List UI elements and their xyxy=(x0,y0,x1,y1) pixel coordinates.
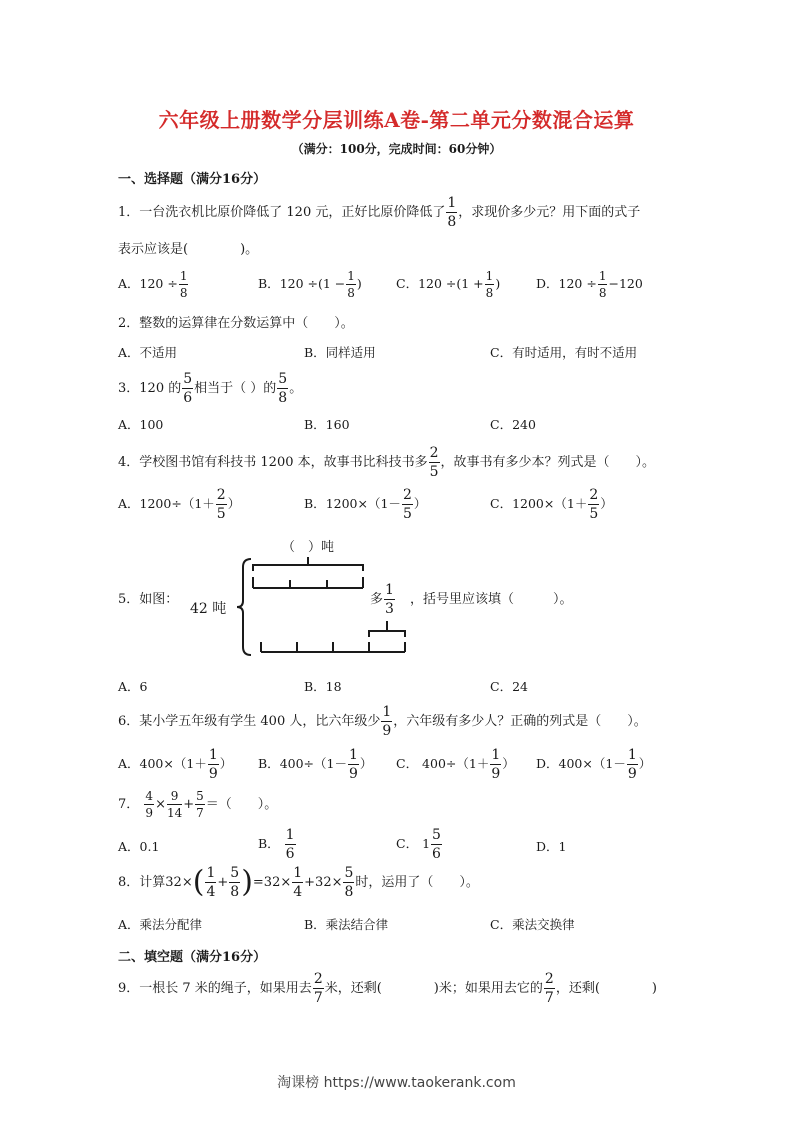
q7-option-a[interactable]: A．0.1 xyxy=(118,837,159,855)
question-3: 3．120 的56相当于（ ）的58。 xyxy=(118,372,302,405)
q6-option-a[interactable]: A．400×（1＋19） xyxy=(118,748,232,781)
diagram-total-label: 42 吨 xyxy=(190,598,226,618)
question-5-text: ，括号里应该填（ ）。 xyxy=(410,588,573,607)
section-heading-fill-in: 二、填空题（满分16分） xyxy=(118,946,266,965)
q1-option-a[interactable]: A．120 ÷18 xyxy=(118,270,189,299)
page-title: 六年级上册数学分层训练A卷-第二单元分数混合运算 xyxy=(0,104,793,133)
q4-option-b[interactable]: B．1200×（1－25） xyxy=(304,488,426,521)
question-6: 6．某小学五年级有学生 400 人，比六年级少19，六年级有多少人？正确的列式是… xyxy=(118,705,647,738)
question-1-text: 1．一台洗衣机比原价降低了 120 元，正好比原价降低了 xyxy=(118,205,445,220)
q7-option-c[interactable]: C． 156 xyxy=(396,828,443,861)
q6-option-d[interactable]: D．400×（1－19） xyxy=(536,748,651,781)
q8-option-c[interactable]: C．乘法交换律 xyxy=(490,915,575,933)
footer-watermark: 淘课榜 https://www.taokerank.com xyxy=(0,1072,793,1092)
q3-option-c[interactable]: C．240 xyxy=(490,415,536,433)
question-1-text-b: ，求现价多少元？用下面的式子 xyxy=(458,205,640,220)
q3-option-a[interactable]: A．100 xyxy=(118,415,163,433)
diagram-more-label: 多13 xyxy=(370,583,396,616)
q6-option-b[interactable]: B．400÷（1－19） xyxy=(258,748,372,781)
q7-option-d[interactable]: D．1 xyxy=(536,837,566,855)
page-subtitle: （满分：100分，完成时间：60分钟） xyxy=(0,140,793,157)
question-2: 2．整数的运算律在分数运算中（ ）。 xyxy=(118,312,354,331)
q2-option-c[interactable]: C．有时适用，有时不适用 xyxy=(490,343,637,361)
q4-option-c[interactable]: C．1200×（1＋25） xyxy=(490,488,613,521)
diagram-top-label: （ ）吨 xyxy=(282,536,334,555)
fraction: 18 xyxy=(446,196,457,229)
q1-option-c[interactable]: C．120 ÷(1 +18) xyxy=(396,270,500,299)
question-4: 4．学校图书馆有科技书 1200 本，故事书比科技书多25，故事书有多少本？列式… xyxy=(118,446,655,479)
section-heading-multiple-choice: 一、选择题（满分16分） xyxy=(118,168,266,187)
question-7: 7． 49×914+57＝（ ）。 xyxy=(118,790,277,819)
q4-option-a[interactable]: A．1200÷（1＋25） xyxy=(118,488,240,521)
question-1: 1．一台洗衣机比原价降低了 120 元，正好比原价降低了18，求现价多少元？用下… xyxy=(118,196,640,229)
q5-option-a[interactable]: A．6 xyxy=(118,677,147,695)
q5-option-b[interactable]: B．18 xyxy=(304,677,342,695)
question-5-label: 5．如图： xyxy=(118,588,178,607)
q2-option-a[interactable]: A．不适用 xyxy=(118,343,177,361)
q1-option-d[interactable]: D．120 ÷18−120 xyxy=(536,270,643,299)
q7-option-b[interactable]: B． 16 xyxy=(258,828,297,861)
question-8: 8．计算32×(14+58)=32×14+32×58时，运用了（ ）。 xyxy=(118,866,479,899)
q6-option-c[interactable]: C． 400÷（1＋19） xyxy=(396,748,515,781)
q1-option-b[interactable]: B．120 ÷(1 −18) xyxy=(258,270,362,299)
q2-option-b[interactable]: B．同样适用 xyxy=(304,343,376,361)
question-1-line2: 表示应该是( )。 xyxy=(118,238,258,257)
q8-option-b[interactable]: B．乘法结合律 xyxy=(304,915,388,933)
q3-option-b[interactable]: B．160 xyxy=(304,415,350,433)
question-9: 9．一根长 7 米的绳子，如果用去27米，还剩( )米；如果用去它的27，还剩(… xyxy=(118,972,657,1005)
q8-option-a[interactable]: A．乘法分配律 xyxy=(118,915,202,933)
q5-option-c[interactable]: C．24 xyxy=(490,677,528,695)
